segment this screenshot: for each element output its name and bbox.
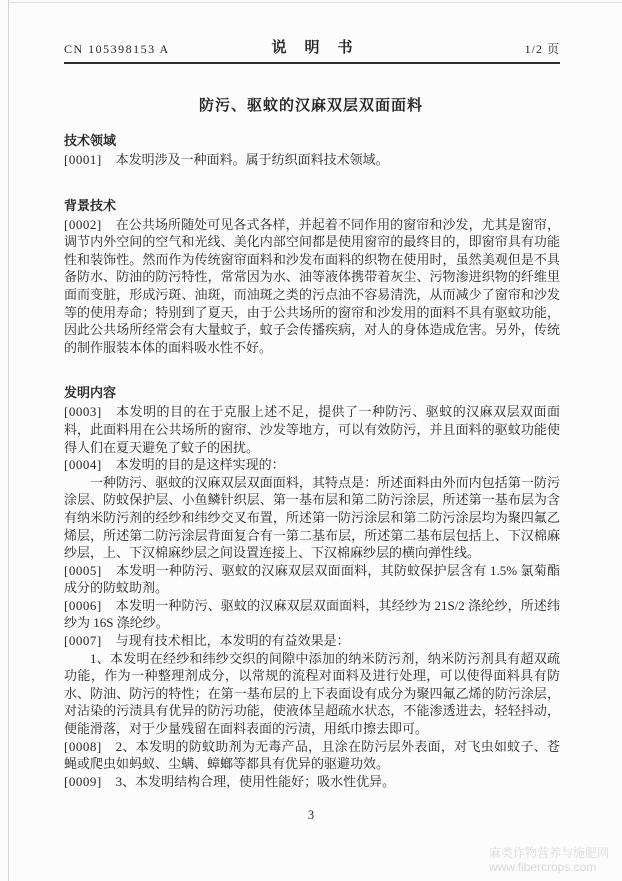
paragraph: [0002]在公共场所随处可见各式各样，并起着不同作用的窗帘和沙发，尤其是窗帘，… bbox=[64, 216, 560, 357]
section-heading: 发明内容 bbox=[64, 382, 560, 401]
paragraph-number: [0009] bbox=[64, 774, 102, 789]
page-indicator: 1/2 页 bbox=[353, 40, 561, 57]
scan-edge-top bbox=[8, 2, 622, 3]
paragraph-text: 一种防污、驱蚊的汉麻双层双面面料，其特点是：所述面料由外而内包括第一防污涂层、防… bbox=[64, 475, 560, 560]
paragraph: 1、本发明在经纱和纬纱交织的间隙中添加的纳米防污剂，纳米防污剂具有超双疏功能，作… bbox=[64, 650, 560, 738]
paragraph-number: [0001] bbox=[64, 152, 102, 167]
paragraph-text: 与现有技术相比，本发明的有益效果是： bbox=[116, 633, 350, 648]
patent-number: CN 105398153 A bbox=[64, 42, 272, 57]
paragraph-number: [0002] bbox=[64, 217, 102, 232]
section-heading: 技术领域 bbox=[64, 130, 560, 149]
paragraph: [0009]3、本发明结构合理，使用性能好；吸水性优异。 bbox=[64, 773, 560, 791]
paragraph-number: [0006] bbox=[64, 598, 102, 613]
invention-title: 防污、驱蚊的汉麻双层双面面料 bbox=[0, 94, 622, 115]
paragraph-text: 1、本发明在经纱和纬纱交织的间隙中添加的纳米防污剂，纳米防污剂具有超双疏功能，作… bbox=[64, 651, 560, 736]
paragraph-number: [0004] bbox=[64, 457, 102, 472]
paragraph-text: 本发明的目的在于克服上述不足，提供了一种防污、驱蚊的汉麻双层双面面料，此面料用在… bbox=[64, 404, 560, 454]
paragraph-number: [0007] bbox=[64, 633, 102, 648]
paragraph-number: [0008] bbox=[64, 739, 102, 754]
paragraph: [0003]本发明的目的在于克服上述不足，提供了一种防污、驱蚊的汉麻双层双面面料… bbox=[64, 403, 560, 456]
page-header: CN 105398153 A 说明书 1/2 页 bbox=[64, 36, 560, 64]
paragraph: [0001]本发明涉及一种面料。属于纺织面料技术领域。 bbox=[64, 151, 560, 169]
paragraph-text: 3、本发明结构合理，使用性能好；吸水性优异。 bbox=[116, 774, 396, 789]
paragraph-text: 本发明一种防污、驱蚊的汉麻双层双面面料，其经纱为 21S/2 涤纶纱，所述纬纱为… bbox=[64, 598, 560, 631]
paragraph: [0005]本发明一种防污、驱蚊的汉麻双层双面面料，其防蚊保护层含有 1.5% … bbox=[64, 562, 560, 597]
paragraph: 一种防污、驱蚊的汉麻双层双面面料，其特点是：所述面料由外而内包括第一防污涂层、防… bbox=[64, 474, 560, 562]
watermark-site-name: 麻类作物营养与施肥网 bbox=[489, 846, 609, 860]
paragraph: [0007]与现有技术相比，本发明的有益效果是： bbox=[64, 632, 560, 650]
document-body: 技术领域[0001]本发明涉及一种面料。属于纺织面料技术领域。背景技术[0002… bbox=[64, 130, 560, 790]
paragraph-text: 在公共场所随处可见各式各样，并起着不同作用的窗帘和沙发，尤其是窗帘，调节内外空间… bbox=[64, 217, 560, 355]
paragraph-text: 本发明的目的是这样实现的： bbox=[116, 457, 285, 472]
paragraph-text: 2、本发明的防蚊助剂为无毒产品，且涂在防污层外表面，对飞虫如蚊子、苍蝇或爬虫如蚂… bbox=[64, 739, 560, 772]
paragraph-text: 本发明涉及一种面料。属于纺织面料技术领域。 bbox=[116, 152, 389, 167]
paragraph-number: [0005] bbox=[64, 563, 102, 578]
paragraph-text: 本发明一种防污、驱蚊的汉麻双层双面面料，其防蚊保护层含有 1.5% 氯菊酯成分的… bbox=[64, 563, 560, 596]
section-heading: 背景技术 bbox=[64, 195, 560, 214]
watermark: 麻类作物营养与施肥网 www.fibercrops.com bbox=[489, 846, 609, 874]
page-number: 3 bbox=[0, 808, 622, 823]
watermark-url: www.fibercrops.com bbox=[489, 860, 609, 874]
paragraph: [0004]本发明的目的是这样实现的： bbox=[64, 456, 560, 474]
patent-page: { "header": { "patent_number": "CN 10539… bbox=[0, 0, 622, 881]
paragraph: [0006]本发明一种防污、驱蚊的汉麻双层双面面料，其经纱为 21S/2 涤纶纱… bbox=[64, 597, 560, 632]
paragraph: [0008]2、本发明的防蚊助剂为无毒产品，且涂在防污层外表面，对飞虫如蚊子、苍… bbox=[64, 738, 560, 773]
scan-edge-left bbox=[8, 0, 9, 881]
paragraph-number: [0003] bbox=[64, 404, 102, 419]
